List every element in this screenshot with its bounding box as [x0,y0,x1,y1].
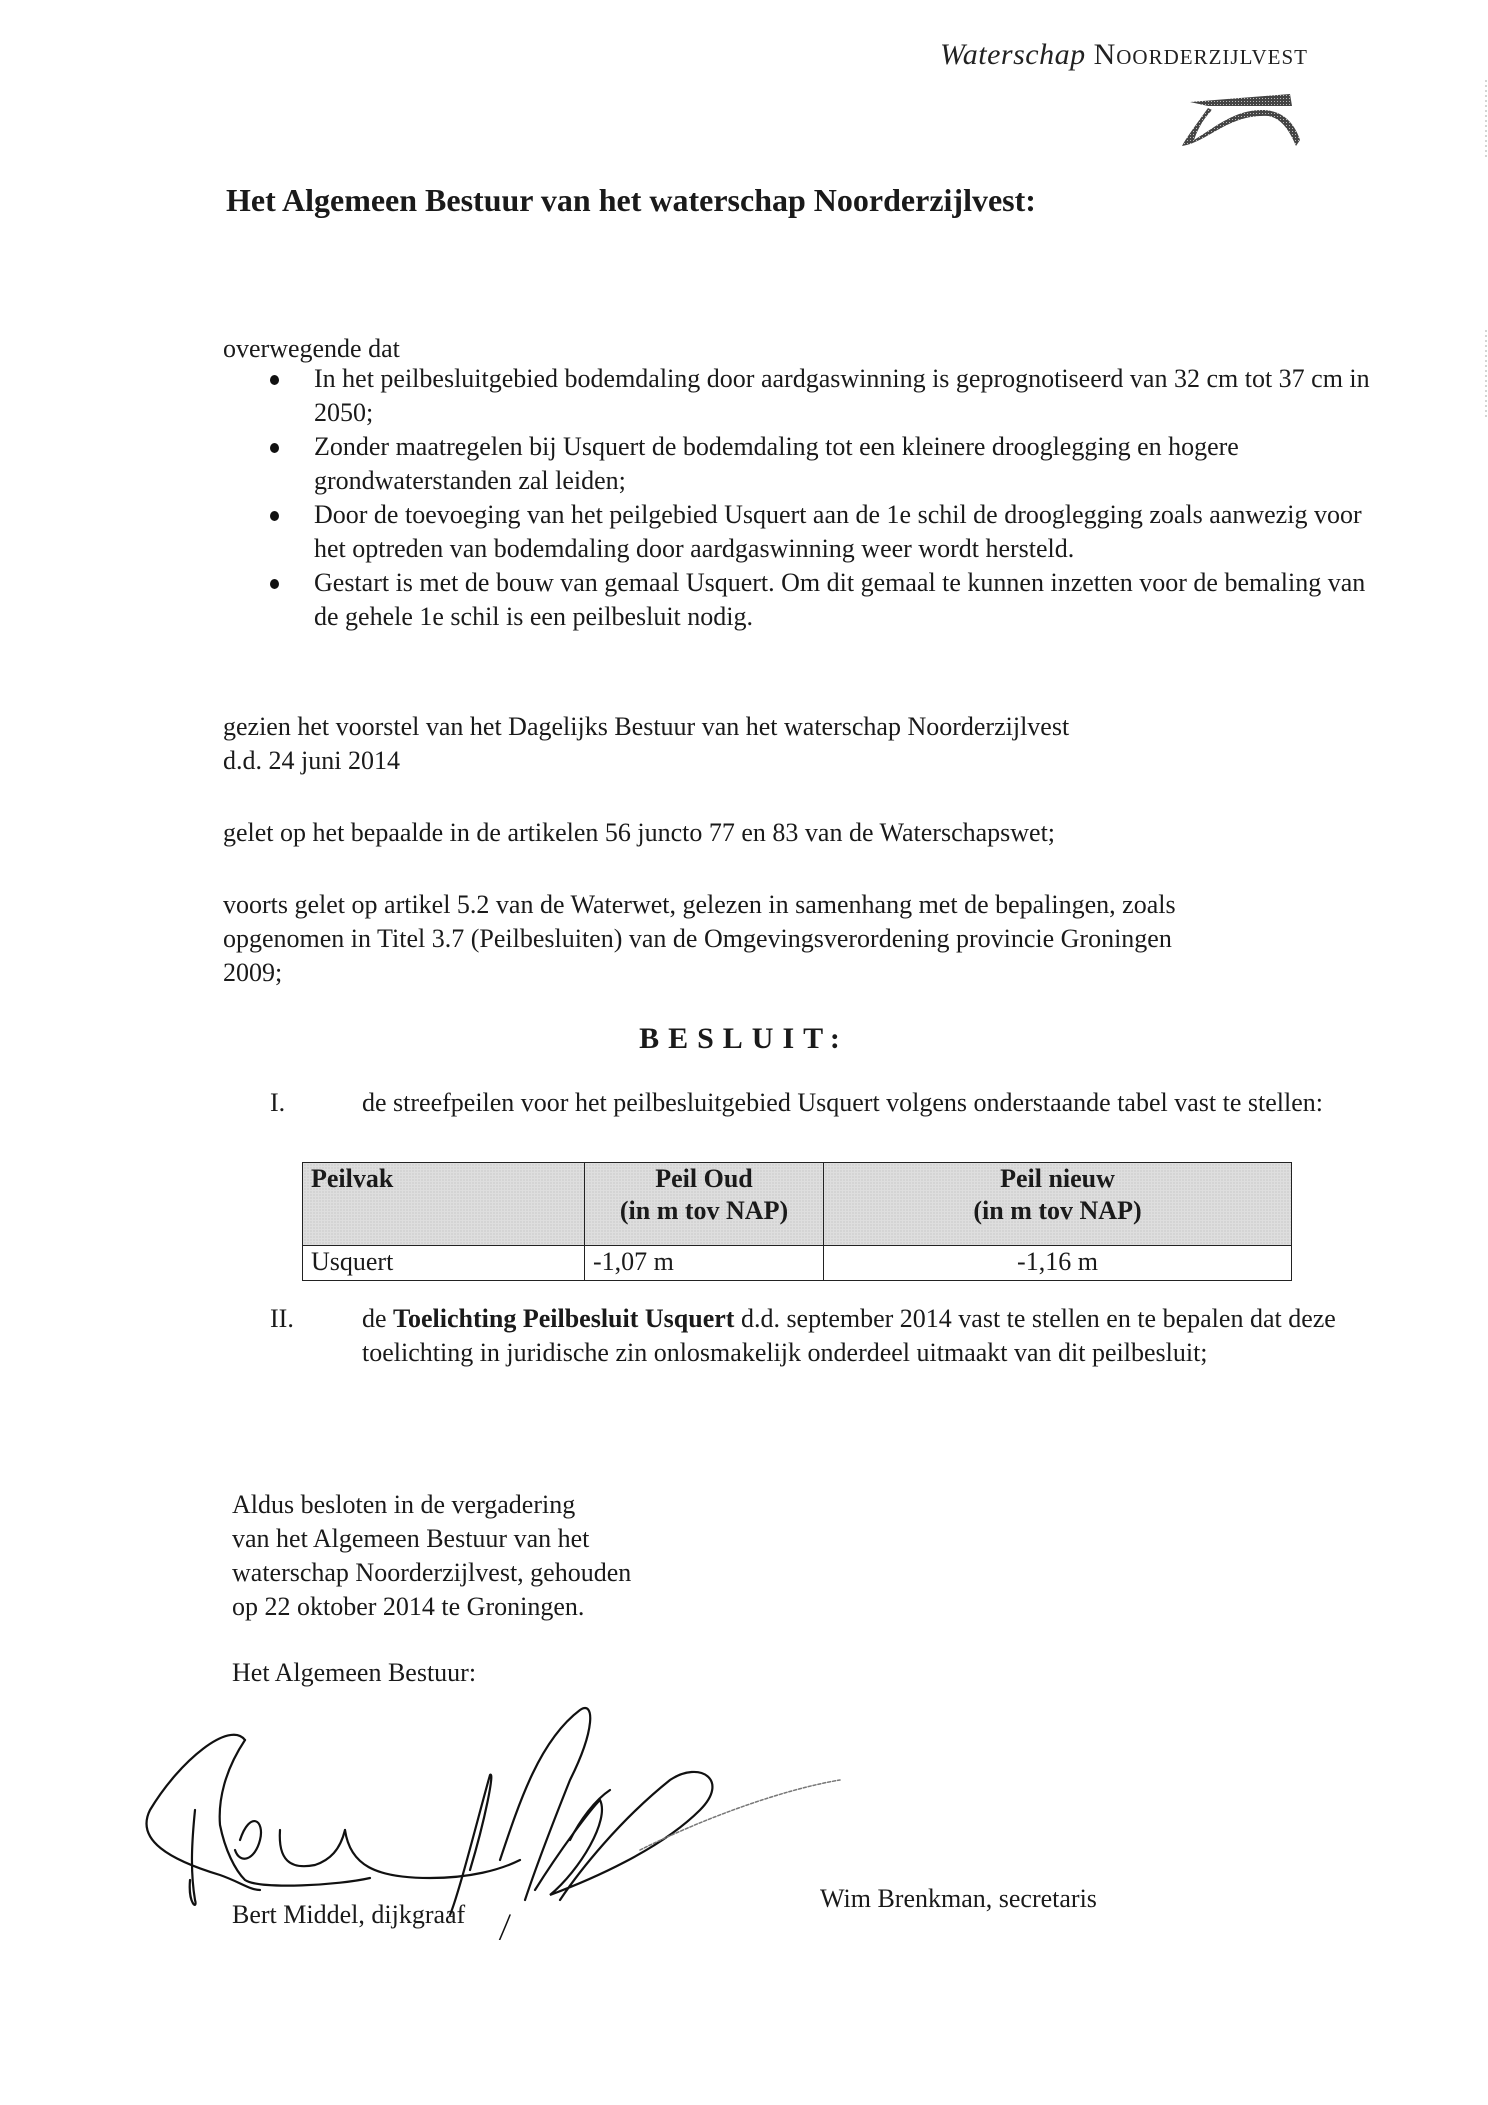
header-unit: (in m tov NAP) [832,1195,1283,1227]
closing-line: van het Algemeen Bestuur van het [232,1522,631,1556]
voorts-line: 2009; [223,956,1353,990]
consideration-item: Door de toevoeging van het peilgebied Us… [270,498,1370,566]
closing-line: Aldus besloten in de vergadering [232,1488,631,1522]
besluit-heading: BESLUIT: [0,1022,1488,1056]
header-label: Peil nieuw [832,1163,1283,1195]
gezien-paragraph: gezien het voorstel van het Dagelijks Be… [223,710,1353,778]
consideration-text: Door de toevoeging van het peilgebied Us… [314,498,1370,566]
article-1: I. de streefpeilen voor het peilbesluitg… [270,1086,1370,1120]
header-peil-oud: Peil Oud (in m tov NAP) [585,1163,824,1246]
consideration-text: In het peilbesluitgebied bodemdaling doo… [314,362,1370,430]
article-number: II. [270,1302,294,1336]
organization-logo-text: Waterschap Noorderzijlvest [940,38,1308,72]
header-peilvak: Peilvak [303,1163,585,1246]
closing-line: op 22 oktober 2014 te Groningen. [232,1590,631,1624]
waterschap-logo-icon [1178,92,1300,150]
bullet-icon [270,443,279,453]
board-label: Het Algemeen Bestuur: [232,1656,476,1690]
considerations-intro: overwegende dat [223,332,400,366]
voorts-line: opgenomen in Titel 3.7 (Peilbesluiten) v… [223,922,1353,956]
voorts-paragraph: voorts gelet op artikel 5.2 van de Water… [223,888,1353,990]
signer-dijkgraaf: Bert Middel, dijkgraaf [232,1898,465,1932]
cell-peil-oud: -1,07 m [585,1246,824,1281]
bullet-icon [270,579,279,589]
consideration-item: Zonder maatregelen bij Usquert de bodemd… [270,430,1370,498]
document-title: Het Algemeen Bestuur van het waterschap … [226,182,1036,219]
bullet-icon [270,511,279,521]
bullet-icon [270,375,279,385]
signature-dijkgraaf-icon [146,1735,520,1905]
consideration-item: Gestart is met de bouw van gemaal Usquer… [270,566,1370,634]
signature-secretaris-icon [450,1708,840,1940]
consideration-text: Gestart is met de bouw van gemaal Usquer… [314,566,1370,634]
signer-secretaris: Wim Brenkman, secretaris [820,1882,1097,1916]
cell-peilvak: Usquert [303,1246,585,1281]
article-2: II. de Toelichting Peilbesluit Usquert d… [270,1302,1370,1370]
consideration-text: Zonder maatregelen bij Usquert de bodemd… [314,430,1370,498]
toelichting-title: Toelichting Peilbesluit Usquert [393,1304,734,1333]
article-text: de streefpeilen voor het peilbesluitgebi… [362,1086,1370,1120]
logo-word-noorderzijlvest: Noorderzijlvest [1094,38,1308,71]
considerations-list: In het peilbesluitgebied bodemdaling doo… [270,362,1370,634]
header-unit: (in m tov NAP) [593,1195,815,1227]
header-label: Peilvak [311,1163,576,1195]
closing-line: waterschap Noorderzijlvest, gehouden [232,1556,631,1590]
gezien-date: d.d. 24 juni 2014 [223,744,1353,778]
logo-word-waterschap: Waterschap [940,38,1086,71]
header-label: Peil Oud [593,1163,815,1195]
article-text-pre: de [362,1304,393,1333]
table-header-row: Peilvak Peil Oud (in m tov NAP) Peil nie… [303,1163,1292,1246]
article-text: de Toelichting Peilbesluit Usquert d.d. … [362,1302,1370,1370]
scan-edge-divider [1484,0,1488,2105]
table-row: Usquert -1,07 m -1,16 m [303,1246,1292,1281]
water-level-table: Peilvak Peil Oud (in m tov NAP) Peil nie… [302,1162,1292,1281]
closing-statement: Aldus besloten in de vergadering van het… [232,1488,631,1624]
gezien-line: gezien het voorstel van het Dagelijks Be… [223,710,1353,744]
cell-peil-nieuw: -1,16 m [824,1246,1292,1281]
article-number: I. [270,1086,285,1120]
consideration-item: In het peilbesluitgebied bodemdaling doo… [270,362,1370,430]
header-peil-nieuw: Peil nieuw (in m tov NAP) [824,1163,1292,1246]
voorts-line: voorts gelet op artikel 5.2 van de Water… [223,888,1353,922]
gelet-paragraph: gelet op het bepaalde in de artikelen 56… [223,816,1353,850]
